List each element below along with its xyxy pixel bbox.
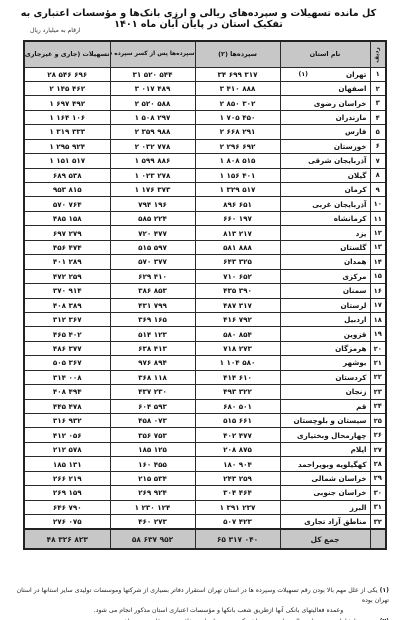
row-number: ۱۴ [370,255,386,269]
deposits-value: ۸۹۶ ۶۵۱ [195,197,280,211]
footnote-1-marker: (۱) [380,587,389,594]
total-row: جمع کل ۶۵ ۳۱۷ ۰۴۰ ۵۸ ۶۳۷ ۹۵۲ ۴۸ ۳۲۶ ۸۲۳ [24,529,386,549]
table-row: ۳خراسان رضوی۲ ۸۵۰ ۳۰۲۲ ۵۲۰ ۵۸۸۱ ۶۹۷ ۴۹۲ [24,96,386,110]
province-name: مناطق آزاد تجاری [280,515,370,529]
column-header-province: نام استان [280,41,370,67]
table-row: ۶خوزستان۲ ۲۹۶ ۶۹۲۲ ۰۳۲ ۷۷۸۱ ۲۹۵ ۹۲۴ [24,139,386,153]
net-deposits-value: ۴۶۰ ۲۷۳ [110,515,195,529]
province-name: هرمزگان [280,341,370,355]
net-deposits-value: ۳۶۹ ۱۶۵ [110,312,195,326]
table-row: ۲۴قم۶۸۰ ۵۰۱۶۰۴ ۵۹۳۴۴۵ ۴۷۸ [24,399,386,413]
net-deposits-value: ۵۱۴ ۱۲۳ [110,327,195,341]
row-number: ۲۲ [370,370,386,384]
province-name: اصفهان [280,81,370,95]
net-deposits-value: ۲ ۰۳۲ ۷۷۸ [110,139,195,153]
table-row: ۲اصفهان۳ ۴۱۰ ۸۸۸۳ ۰۱۷ ۴۸۹۲ ۱۴۵ ۴۶۲ [24,81,386,95]
net-deposits-value: ۶۳۸ ۴۱۳ [110,341,195,355]
province-name: کردستان [280,370,370,384]
net-deposits-value: ۵۷۰ ۳۷۷ [110,255,195,269]
deposits-value: ۷۱۰ ۶۵۲ [195,269,280,283]
deposits-value: ۲ ۸۵۰ ۳۰۲ [195,96,280,110]
deposits-value: ۱ ۳۹۱ ۲۳۷ [195,500,280,514]
net-deposits-value: ۵۱۵ ۵۹۷ [110,240,195,254]
row-number: ۸ [370,168,386,182]
facilities-value: ۳۱۴ ۰۰۸ [24,370,110,384]
row-number: ۲۰ [370,341,386,355]
table-row: ۳۱البرز۱ ۳۹۱ ۲۳۷۱ ۲۳۰ ۱۲۴۶۴۶ ۷۹۰ [24,500,386,514]
deposits-value: ۳۰۴ ۴۶۴ [195,486,280,500]
net-deposits-value: ۶۲۹ ۴۱۰ [110,269,195,283]
total-label: جمع کل [280,529,370,549]
row-number: ۲۸ [370,457,386,471]
deposits-value: ۵۱۵ ۶۶۱ [195,414,280,428]
deposits-value: ۸۱۳ ۲۱۷ [195,226,280,240]
province-name: کهگیلویه وبویراحمد [280,457,370,471]
deposits-value: ۱ ۱۰۴ ۵۸۰ [195,356,280,370]
row-number: ۲۴ [370,399,386,413]
footnote-1-line-1: (۱) یکی از علل مهم بالا بودن رقم تسهیلات… [8,586,389,606]
table-row: ۴مازندران۱ ۷۰۵ ۴۵۰۱ ۵۰۸ ۲۹۷۱ ۱۶۴ ۱۰۶ [24,110,386,124]
row-number: ۱۷ [370,298,386,312]
facilities-value: ۲۷۶ ۰۷۵ [24,515,110,529]
facilities-value: ۴۸۶ ۳۷۷ [24,341,110,355]
table-row: ۱تهران(۱)۳۴ ۶۹۹ ۳۱۷۳۱ ۵۲۰ ۵۴۴۲۸ ۵۴۶ ۶۹۶ [24,67,386,81]
row-number: ۱۱ [370,211,386,225]
row-number: ۵ [370,125,386,139]
net-deposits-value: ۴۳۷ ۲۳۰ [110,385,195,399]
table-row: ۲۶چهارمحال وبختیاری۴۰۲ ۴۷۷۳۵۶ ۷۵۳۴۱۲ ۰۵۶ [24,428,386,442]
facilities-value: ۲۸ ۵۴۶ ۶۹۶ [24,67,110,81]
facilities-value: ۱ ۱۶۴ ۱۰۶ [24,110,110,124]
facilities-value: ۴۰۸ ۳۸۹ [24,298,110,312]
province-name-text: تهران [346,70,367,79]
deposits-value: ۷۱۸ ۲۷۳ [195,341,280,355]
row-number: ۲۹ [370,471,386,485]
row-number: ۱۲ [370,226,386,240]
row-number: ۲۳ [370,385,386,399]
facilities-value: ۴۸۵ ۱۵۸ [24,211,110,225]
table-row: ۲۷ایلام۲۰۸ ۸۷۵۱۸۵ ۱۲۵۲۱۲ ۵۷۸ [24,442,386,456]
table-row: ۹کرمان۱ ۳۲۹ ۵۱۷۱ ۱۷۶ ۳۷۳۹۵۳ ۸۱۵ [24,183,386,197]
table-row: ۱۳گلستان۵۸۱ ۸۸۸۵۱۵ ۵۹۷۴۵۶ ۴۷۴ [24,240,386,254]
province-name: بوشهر [280,356,370,370]
net-deposits-value: ۳۶۸ ۱۱۸ [110,370,195,384]
total-deposits-value: ۶۵ ۳۱۷ ۰۴۰ [195,529,280,549]
deposits-value: ۵۸۱ ۸۸۸ [195,240,280,254]
facilities-value: ۴۵۶ ۴۷۴ [24,240,110,254]
row-number: ۲۷ [370,442,386,456]
province-name: خوزستان [280,139,370,153]
net-deposits-value: ۴۵۸ ۰۷۳ [110,414,195,428]
net-deposits-value: ۵۸۵ ۲۲۴ [110,211,195,225]
net-deposits-value: ۷۲۰ ۴۷۷ [110,226,195,240]
facilities-value: ۱۸۵ ۱۳۱ [24,457,110,471]
net-deposits-value: ۱ ۲۳۰ ۱۲۴ [110,500,195,514]
column-header-deposits: سپرده‌ها (۲) [195,41,280,67]
row-number: ۴ [370,110,386,124]
total-facilities-value: ۴۸ ۳۲۶ ۸۲۳ [24,529,110,549]
facilities-value: ۴۷۲ ۲۵۹ [24,269,110,283]
row-number: ۱ [370,67,386,81]
facilities-value: ۱ ۳۱۹ ۳۳۳ [24,125,110,139]
deposits-value: ۳۴ ۶۹۹ ۳۱۷ [195,67,280,81]
net-deposits-value: ۱۶۰ ۴۵۵ [110,457,195,471]
net-deposits-value: ۲۱۵ ۵۳۴ [110,471,195,485]
row-number: ۱۸ [370,312,386,326]
deposits-value: ۱۸۰ ۹۰۴ [195,457,280,471]
footnote-reference: (۱) [285,71,308,78]
net-deposits-value: ۶۰۴ ۵۹۳ [110,399,195,413]
table-row: ۳۰خراسان جنوبی۳۰۴ ۴۶۴۲۶۹ ۹۲۴۲۶۹ ۱۵۹ [24,486,386,500]
province-name: مازندران [280,110,370,124]
deposits-value: ۴۰۲ ۴۷۷ [195,428,280,442]
table-row: ۱۲یزد۸۱۳ ۲۱۷۷۲۰ ۴۷۷۶۹۷ ۲۷۹ [24,226,386,240]
document-page: کل مانده تسهیلات و سپرده‌های ریالی و ارز… [0,0,397,620]
facilities-value: ۵۷۰ ۷۶۴ [24,197,110,211]
row-number-label: ردیف [374,48,380,63]
footnote-1-text: یکی از علل مهم بالا بودن رقم تسهیلات وسپ… [17,587,389,604]
facilities-value: ۵۰۵ ۳۶۷ [24,356,110,370]
deposits-value: ۲ ۶۶۸ ۲۹۱ [195,125,280,139]
deposits-value: ۲ ۲۹۶ ۶۹۲ [195,139,280,153]
footnote-1-line-2: وعمده فعالیتهای بانکی آنها ازطریق شعب با… [8,606,389,616]
net-deposits-value: ۴۳۱ ۷۹۹ [110,298,195,312]
table-row: ۲۰هرمزگان۷۱۸ ۲۷۳۶۳۸ ۴۱۳۴۸۶ ۳۷۷ [24,341,386,355]
table-row: ۱۵مرکزی۷۱۰ ۶۵۲۶۲۹ ۴۱۰۴۷۲ ۲۵۹ [24,269,386,283]
facilities-value: ۱ ۲۹۵ ۹۲۴ [24,139,110,153]
net-deposits-value: ۱ ۵۹۹ ۸۸۶ [110,154,195,168]
column-header-row-number: ردیف [370,41,386,67]
deposits-value: ۶۶۰ ۱۹۷ [195,211,280,225]
province-name: تهران(۱) [280,67,370,81]
province-name: گلستان [280,240,370,254]
net-deposits-value: ۳۵۶ ۷۵۳ [110,428,195,442]
column-header-facilities: تسهیلات (جاری و غیرجاری) [24,41,110,67]
table-row: ۵فارس۲ ۶۶۸ ۲۹۱۲ ۳۵۹ ۹۸۸۱ ۳۱۹ ۳۳۳ [24,125,386,139]
facilities-value: ۴۰۱ ۲۸۹ [24,255,110,269]
table-row: ۱۹قزوین۵۸۰ ۸۵۴۵۱۴ ۱۲۳۴۶۵ ۴۰۲ [24,327,386,341]
net-deposits-value: ۱ ۵۰۸ ۲۹۷ [110,110,195,124]
province-name: قزوین [280,327,370,341]
facilities-value: ۱ ۱۵۱ ۵۱۷ [24,154,110,168]
net-deposits-value: ۷۹۴ ۱۹۶ [110,197,195,211]
total-net-deposits-value: ۵۸ ۶۳۷ ۹۵۲ [110,529,195,549]
table-row: ۱۴همدان۶۴۳ ۳۲۵۵۷۰ ۳۷۷۴۰۱ ۲۸۹ [24,255,386,269]
facilities-value: ۴۴۵ ۴۷۸ [24,399,110,413]
table-row: ۲۵سیستان و بلوچستان۵۱۵ ۶۶۱۴۵۸ ۰۷۳۳۱۶ ۹۳۲ [24,414,386,428]
row-number: ۳۰ [370,486,386,500]
table-row: ۲۹خراسان شمالی۲۴۳ ۲۵۹۲۱۵ ۵۳۴۲۶۶ ۲۱۹ [24,471,386,485]
row-number: ۱۵ [370,269,386,283]
net-deposits-value: ۳۸۶ ۸۵۳ [110,284,195,298]
facilities-value: ۶۹۷ ۲۷۹ [24,226,110,240]
table-row: ۲۲کردستان۴۱۴ ۶۱۰۳۶۸ ۱۱۸۳۱۴ ۰۰۸ [24,370,386,384]
province-name: آذربایجان غربی [280,197,370,211]
table-row: ۱۱کرمانشاه۶۶۰ ۱۹۷۵۸۵ ۲۲۴۴۸۵ ۱۵۸ [24,211,386,225]
table-row: ۲۸کهگیلویه وبویراحمد۱۸۰ ۹۰۴۱۶۰ ۴۵۵۱۸۵ ۱۳… [24,457,386,471]
facilities-value: ۶۸۹ ۵۳۸ [24,168,110,182]
facilities-value: ۳۷۰ ۹۱۴ [24,284,110,298]
row-number: ۱۳ [370,240,386,254]
row-number: ۳۱ [370,500,386,514]
facilities-value: ۴۰۸ ۴۹۴ [24,385,110,399]
province-name: اردبیل [280,312,370,326]
deposits-value: ۱ ۸۰۸ ۵۱۵ [195,154,280,168]
province-name: لرستان [280,298,370,312]
table-row: ۱۶سمنان۴۳۵ ۳۹۰۳۸۶ ۸۵۳۳۷۰ ۹۱۴ [24,284,386,298]
row-number: ۱۹ [370,327,386,341]
table-row: ۳۲مناطق آزاد تجاری۵۰۷ ۴۲۳۴۶۰ ۲۷۳۲۷۶ ۰۷۵ [24,515,386,529]
province-name: یزد [280,226,370,240]
table-row: ۲۱بوشهر۱ ۱۰۴ ۵۸۰۹۷۶ ۸۹۴۵۰۵ ۳۶۷ [24,356,386,370]
deposits-value: ۴۳۵ ۳۹۰ [195,284,280,298]
deposits-value: ۴۱۶ ۷۹۲ [195,312,280,326]
province-name: مرکزی [280,269,370,283]
deposits-value: ۲۰۸ ۸۷۵ [195,442,280,456]
province-rows: ۱تهران(۱)۳۴ ۶۹۹ ۳۱۷۳۱ ۵۲۰ ۵۴۴۲۸ ۵۴۶ ۶۹۶۲… [24,67,386,529]
province-name: گیلان [280,168,370,182]
facilities-value: ۳۱۲ ۳۶۷ [24,312,110,326]
province-name: خراسان جنوبی [280,486,370,500]
deposits-value: ۴۱۴ ۶۱۰ [195,370,280,384]
province-name: خراسان شمالی [280,471,370,485]
table-row: ۱۷لرستان۴۸۷ ۳۱۷۴۳۱ ۷۹۹۴۰۸ ۳۸۹ [24,298,386,312]
deposits-value: ۶۸۰ ۵۰۱ [195,399,280,413]
facilities-value: ۳۱۶ ۹۳۲ [24,414,110,428]
deposits-value: ۴۸۷ ۳۱۷ [195,298,280,312]
total-row-number-cell [370,529,386,549]
table-row: ۷آذربایجان شرقی۱ ۸۰۸ ۵۱۵۱ ۵۹۹ ۸۸۶۱ ۱۵۱ ۵… [24,154,386,168]
province-name: همدان [280,255,370,269]
province-name: فارس [280,125,370,139]
row-number: ۷ [370,154,386,168]
net-deposits-value: ۳۱ ۵۲۰ ۵۴۴ [110,67,195,81]
deposits-value: ۱ ۳۲۹ ۵۱۷ [195,183,280,197]
deposits-value: ۲۴۳ ۲۵۹ [195,471,280,485]
deposits-value: ۳ ۴۱۰ ۸۸۸ [195,81,280,95]
column-header-net-deposits: سپرده‌ها پس از کسر سپرده قانونی [110,41,195,67]
row-number: ۱۰ [370,197,386,211]
facilities-value: ۲۱۲ ۵۷۸ [24,442,110,456]
row-number: ۲۶ [370,428,386,442]
row-number: ۲۱ [370,356,386,370]
province-name: قم [280,399,370,413]
province-name: کرمانشاه [280,211,370,225]
deposits-value: ۵۰۷ ۴۲۳ [195,515,280,529]
province-name: چهارمحال وبختیاری [280,428,370,442]
province-name: البرز [280,500,370,514]
province-name: آذربایجان شرقی [280,154,370,168]
net-deposits-value: ۲ ۵۲۰ ۵۸۸ [110,96,195,110]
row-number: ۱۶ [370,284,386,298]
province-name: ایلام [280,442,370,456]
row-number: ۲ [370,81,386,95]
row-number: ۳ [370,96,386,110]
unit-note: ارقام به میلیارد ریال [30,27,81,34]
deposits-value: ۱ ۷۰۵ ۴۵۰ [195,110,280,124]
province-name: خراسان رضوی [280,96,370,110]
table-row: ۲۳زنجان۴۹۳ ۳۲۲۴۳۷ ۲۳۰۴۰۸ ۴۹۴ [24,385,386,399]
net-deposits-value: ۱ ۱۷۶ ۳۷۳ [110,183,195,197]
row-number: ۶ [370,139,386,153]
net-deposits-value: ۱ ۰۲۳ ۲۷۸ [110,168,195,182]
net-deposits-value: ۱۸۵ ۱۲۵ [110,442,195,456]
footnotes: (۱) یکی از علل مهم بالا بودن رقم تسهیلات… [8,586,389,620]
header-row: ردیف نام استان سپرده‌ها (۲) سپرده‌ها پس … [24,41,386,67]
deposits-value: ۵۸۰ ۸۵۴ [195,327,280,341]
net-deposits-value: ۲ ۳۵۹ ۹۸۸ [110,125,195,139]
provinces-table: ردیف نام استان سپرده‌ها (۲) سپرده‌ها پس … [23,40,387,550]
facilities-value: ۲۶۶ ۲۱۹ [24,471,110,485]
net-deposits-value: ۳ ۰۱۷ ۴۸۹ [110,81,195,95]
province-name: زنجان [280,385,370,399]
province-name: سمنان [280,284,370,298]
row-number: ۳۲ [370,515,386,529]
net-deposits-value: ۲۶۹ ۹۲۴ [110,486,195,500]
facilities-value: ۹۵۳ ۸۱۵ [24,183,110,197]
facilities-value: ۴۶۵ ۴۰۲ [24,327,110,341]
facilities-value: ۶۴۶ ۷۹۰ [24,500,110,514]
table-row: ۱۰آذربایجان غربی۸۹۶ ۶۵۱۷۹۴ ۱۹۶۵۷۰ ۷۶۴ [24,197,386,211]
facilities-value: ۱ ۶۹۷ ۴۹۲ [24,96,110,110]
net-deposits-value: ۹۷۶ ۸۹۴ [110,356,195,370]
deposits-value: ۱ ۱۵۶ ۴۰۱ [195,168,280,182]
row-number: ۹ [370,183,386,197]
deposits-value: ۶۴۳ ۳۲۵ [195,255,280,269]
province-name: کرمان [280,183,370,197]
province-name: سیستان و بلوچستان [280,414,370,428]
facilities-value: ۴۱۲ ۰۵۶ [24,428,110,442]
table-row: ۱۸اردبیل۴۱۶ ۷۹۲۳۶۹ ۱۶۵۳۱۲ ۳۶۷ [24,312,386,326]
deposits-value: ۴۹۳ ۳۲۲ [195,385,280,399]
facilities-value: ۲۶۹ ۱۵۹ [24,486,110,500]
table-row: ۸گیلان۱ ۱۵۶ ۴۰۱۱ ۰۲۳ ۲۷۸۶۸۹ ۵۳۸ [24,168,386,182]
facilities-value: ۲ ۱۴۵ ۴۶۲ [24,81,110,95]
row-number: ۲۵ [370,414,386,428]
